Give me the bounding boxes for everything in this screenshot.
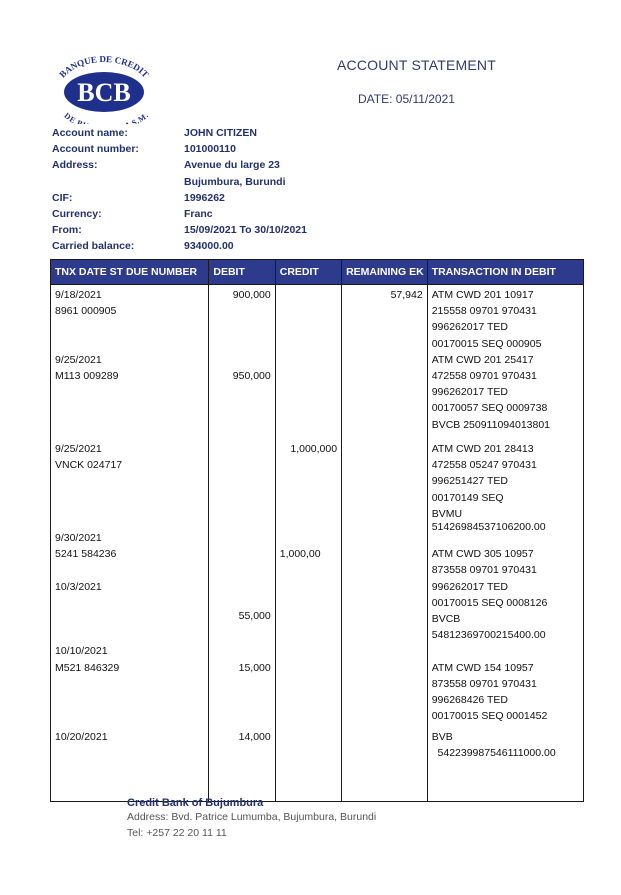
account-field: From:15/09/2021 To 30/10/2021 bbox=[52, 222, 307, 238]
transaction-date-ref: M521 846329 bbox=[55, 660, 204, 676]
transaction-description: BVCB 250911094013801 bbox=[432, 417, 579, 433]
debit-amount: 900,000 bbox=[213, 287, 270, 303]
transaction-description: 472558 05247 970431 bbox=[432, 457, 579, 473]
account-field-value: JOHN CITIZEN bbox=[184, 125, 257, 141]
transaction-date-ref: M113 009289 bbox=[55, 368, 204, 384]
remaining-amount: 57,942 bbox=[346, 287, 423, 303]
account-field-value: 101000110 bbox=[184, 141, 236, 157]
transaction-date-ref: 10/10/2021 bbox=[55, 643, 204, 659]
bank-logo: BCB BANQUE DE CREDIT DE BUJUMBURA S.M. bbox=[50, 54, 158, 124]
transaction-description: 996251427 TED bbox=[432, 473, 579, 489]
column-header-debit: DEBIT bbox=[209, 260, 275, 285]
column-header-date: TNX DATE ST DUE NUMBER bbox=[51, 260, 209, 285]
footer-bank-name: Credit Bank of Bujumbura bbox=[127, 797, 376, 809]
transaction-date-ref: 9/25/2021 bbox=[55, 441, 204, 457]
transaction-date-ref: VNCK 024717 bbox=[55, 457, 204, 473]
transaction-date-ref: 9/25/2021 bbox=[55, 352, 204, 368]
account-field-label: Account name: bbox=[52, 125, 184, 141]
transaction-description: 996268426 TED bbox=[432, 692, 579, 708]
account-field-label: From: bbox=[52, 222, 184, 238]
transaction-description: 542239987546111000.00 bbox=[432, 745, 579, 761]
table-body-row: 9/18/20218961 0009059/25/2021M113 009289… bbox=[51, 285, 584, 802]
account-field: Bujumbura, Burundi bbox=[52, 174, 307, 190]
transaction-date-ref: 8961 000905 bbox=[55, 303, 204, 319]
account-field-value: Avenue du large 23 bbox=[184, 157, 280, 173]
debit-amount: 950,000 bbox=[213, 368, 270, 384]
account-field: Currency:Franc bbox=[52, 206, 307, 222]
account-info: Account name:JOHN CITIZENAccount number:… bbox=[52, 125, 307, 255]
description-column: ATM CWD 201 10917215558 09701 9704319962… bbox=[427, 285, 583, 802]
account-field-label: Account number: bbox=[52, 141, 184, 157]
account-field: CIF:1996262 bbox=[52, 190, 307, 206]
svg-text:DE BUJUMBURA S.M.: DE BUJUMBURA S.M. bbox=[62, 111, 150, 124]
transaction-description: 00170015 SEQ 0008126 bbox=[432, 595, 579, 611]
account-field-value: Bujumbura, Burundi bbox=[184, 174, 286, 190]
date-column: 9/18/20218961 0009059/25/2021M113 009289… bbox=[51, 285, 209, 802]
svg-text:BCB: BCB bbox=[77, 78, 130, 107]
transaction-description: ATM CWD 154 10957 bbox=[432, 660, 579, 676]
account-field-value: 1996262 bbox=[184, 190, 225, 206]
footer: Credit Bank of Bujumbura Address: Bvd. P… bbox=[127, 797, 376, 841]
transaction-date-ref: 9/30/2021 bbox=[55, 530, 204, 546]
transactions-table: TNX DATE ST DUE NUMBER DEBIT CREDIT REMA… bbox=[50, 259, 584, 802]
transaction-description: 51426984537106200.00 bbox=[432, 519, 579, 535]
transaction-description: 996262017 TED bbox=[432, 384, 579, 400]
footer-phone: Tel: +257 22 20 11 11 bbox=[127, 825, 376, 841]
transaction-description: 472558 09701 970431 bbox=[432, 368, 579, 384]
transaction-description: 996262017 TED bbox=[432, 319, 579, 335]
account-field-value: 15/09/2021 To 30/10/2021 bbox=[184, 222, 307, 238]
account-field-value: Franc bbox=[184, 206, 213, 222]
transaction-description: 00170057 SEQ 0009738 bbox=[432, 400, 579, 416]
account-field: Carried balance:934000.00 bbox=[52, 238, 307, 254]
transaction-description: 00170149 SEQ bbox=[432, 490, 579, 506]
transaction-description: BVCB bbox=[432, 611, 579, 627]
account-field-label: Carried balance: bbox=[52, 238, 184, 254]
credit-amount: 1,000,000 bbox=[280, 441, 337, 457]
transaction-description: 996262017 TED bbox=[432, 579, 579, 595]
table-header-row: TNX DATE ST DUE NUMBER DEBIT CREDIT REMA… bbox=[51, 260, 584, 285]
transaction-description: BVB bbox=[432, 729, 579, 745]
transaction-description: 215558 09701 970431 bbox=[432, 303, 579, 319]
transaction-description: ATM CWD 201 25417 bbox=[432, 352, 579, 368]
account-field-label: Address: bbox=[52, 157, 184, 173]
transaction-date-ref: 5241 584236 bbox=[55, 546, 204, 562]
transaction-date-ref: 10/3/2021 bbox=[55, 579, 204, 595]
transaction-description: ATM CWD 201 10917 bbox=[432, 287, 579, 303]
transaction-description: 54812369700215400.00 bbox=[432, 627, 579, 643]
footer-address: Address: Bvd. Patrice Lumumba, Bujumbura… bbox=[127, 809, 376, 825]
remaining-column: 57,942 bbox=[342, 285, 428, 802]
debit-amount: 14,000 bbox=[213, 729, 270, 745]
debit-column: 900,000950,00055,00015,00014,000 bbox=[209, 285, 275, 802]
statement-title: ACCOUNT STATEMENT bbox=[337, 57, 496, 73]
account-field-label: CIF: bbox=[52, 190, 184, 206]
transaction-description: ATM CWD 201 28413 bbox=[432, 441, 579, 457]
transaction-description: 00170015 SEQ 0001452 bbox=[432, 708, 579, 724]
account-field-label: Currency: bbox=[52, 206, 184, 222]
account-field-value: 934000.00 bbox=[184, 238, 234, 254]
account-field: Account number:101000110 bbox=[52, 141, 307, 157]
account-field: Address:Avenue du large 23 bbox=[52, 157, 307, 173]
statement-date: DATE: 05/11/2021 bbox=[358, 92, 455, 106]
transaction-date-ref: 9/18/2021 bbox=[55, 287, 204, 303]
column-header-credit: CREDIT bbox=[275, 260, 341, 285]
column-header-description: TRANSACTION IN DEBIT bbox=[427, 260, 583, 285]
credit-amount: 1,000,00 bbox=[280, 546, 337, 562]
account-field: Account name:JOHN CITIZEN bbox=[52, 125, 307, 141]
account-field-label bbox=[52, 174, 184, 190]
transaction-description: 873558 09701 970431 bbox=[432, 676, 579, 692]
debit-amount: 15,000 bbox=[213, 660, 270, 676]
debit-amount: 55,000 bbox=[213, 608, 270, 624]
transaction-date-ref: 10/20/2021 bbox=[55, 729, 204, 745]
credit-column: 1,000,0001,000,00 bbox=[275, 285, 341, 802]
column-header-remaining: REMAINING EK bbox=[342, 260, 428, 285]
transaction-description: 873558 09701 970431 bbox=[432, 562, 579, 578]
transaction-description: ATM CWD 305 10957 bbox=[432, 546, 579, 562]
bcb-logo-icon: BCB BANQUE DE CREDIT DE BUJUMBURA S.M. bbox=[50, 54, 158, 124]
transaction-description: 00170015 SEQ 000905 bbox=[432, 336, 579, 352]
